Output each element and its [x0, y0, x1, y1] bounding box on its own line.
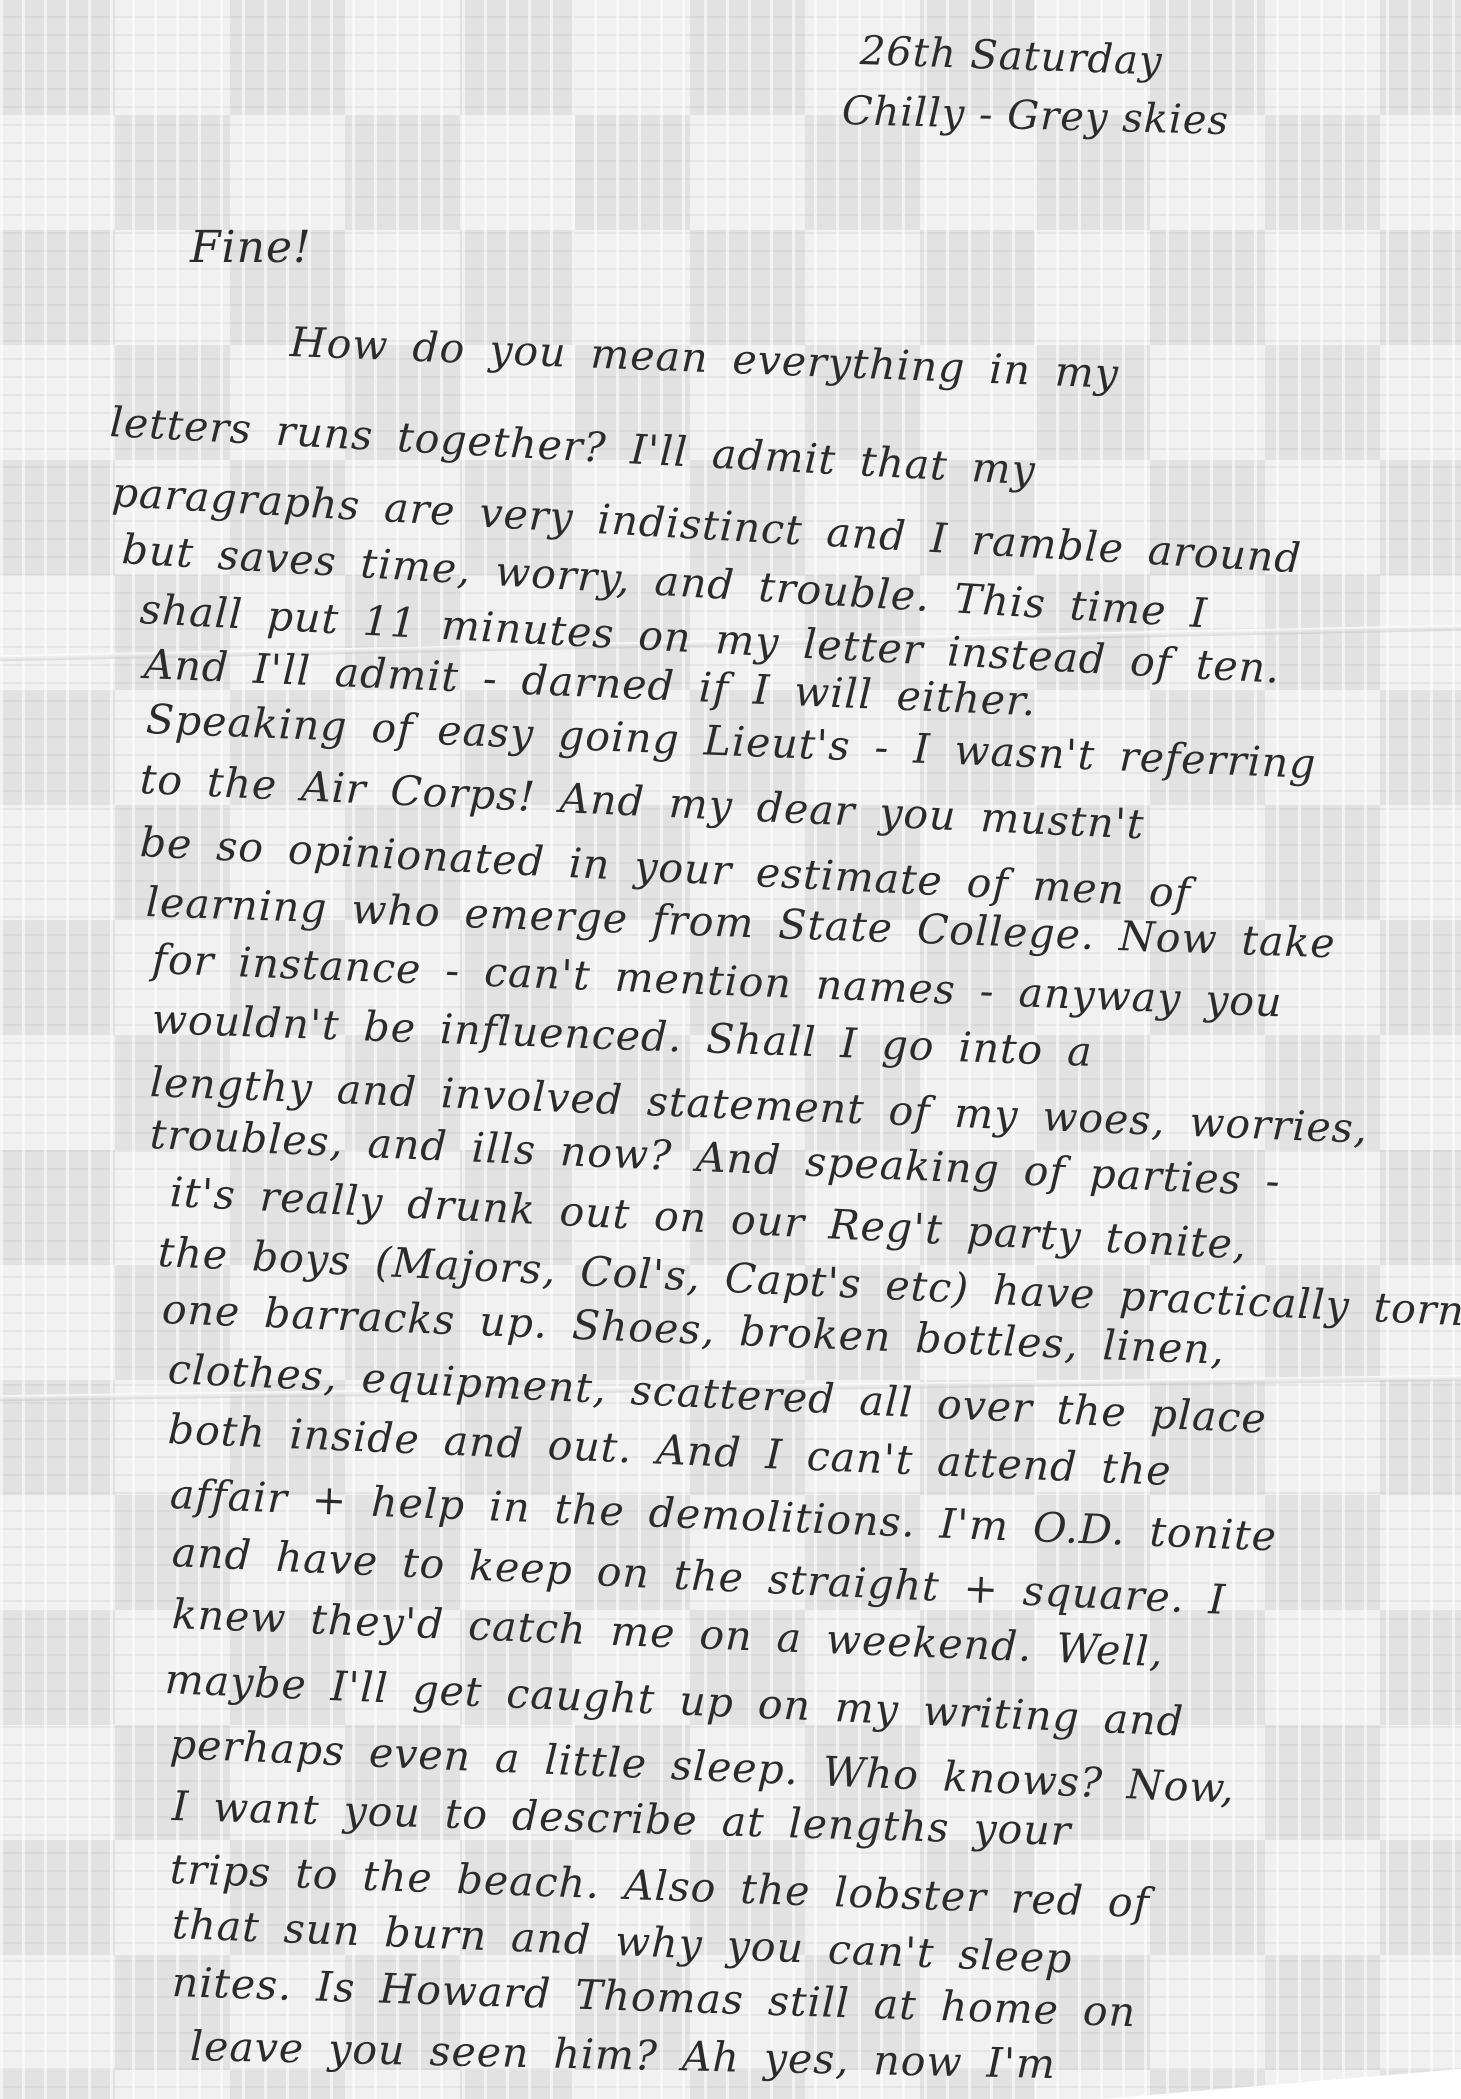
- letter-line: How do you mean everything in my: [289, 318, 1120, 398]
- letter-date: 26th Saturday: [859, 28, 1163, 85]
- letter-line: leave you seen him? Ah yes, now I'm: [189, 2022, 1056, 2088]
- page-edge: [1101, 2069, 1461, 2099]
- letter-weather-note: Chilly - Grey skies: [841, 88, 1229, 144]
- letter-greeting: Fine!: [190, 222, 312, 273]
- letter-page: 26th Saturday Chilly - Grey skies Fine! …: [0, 0, 1461, 2099]
